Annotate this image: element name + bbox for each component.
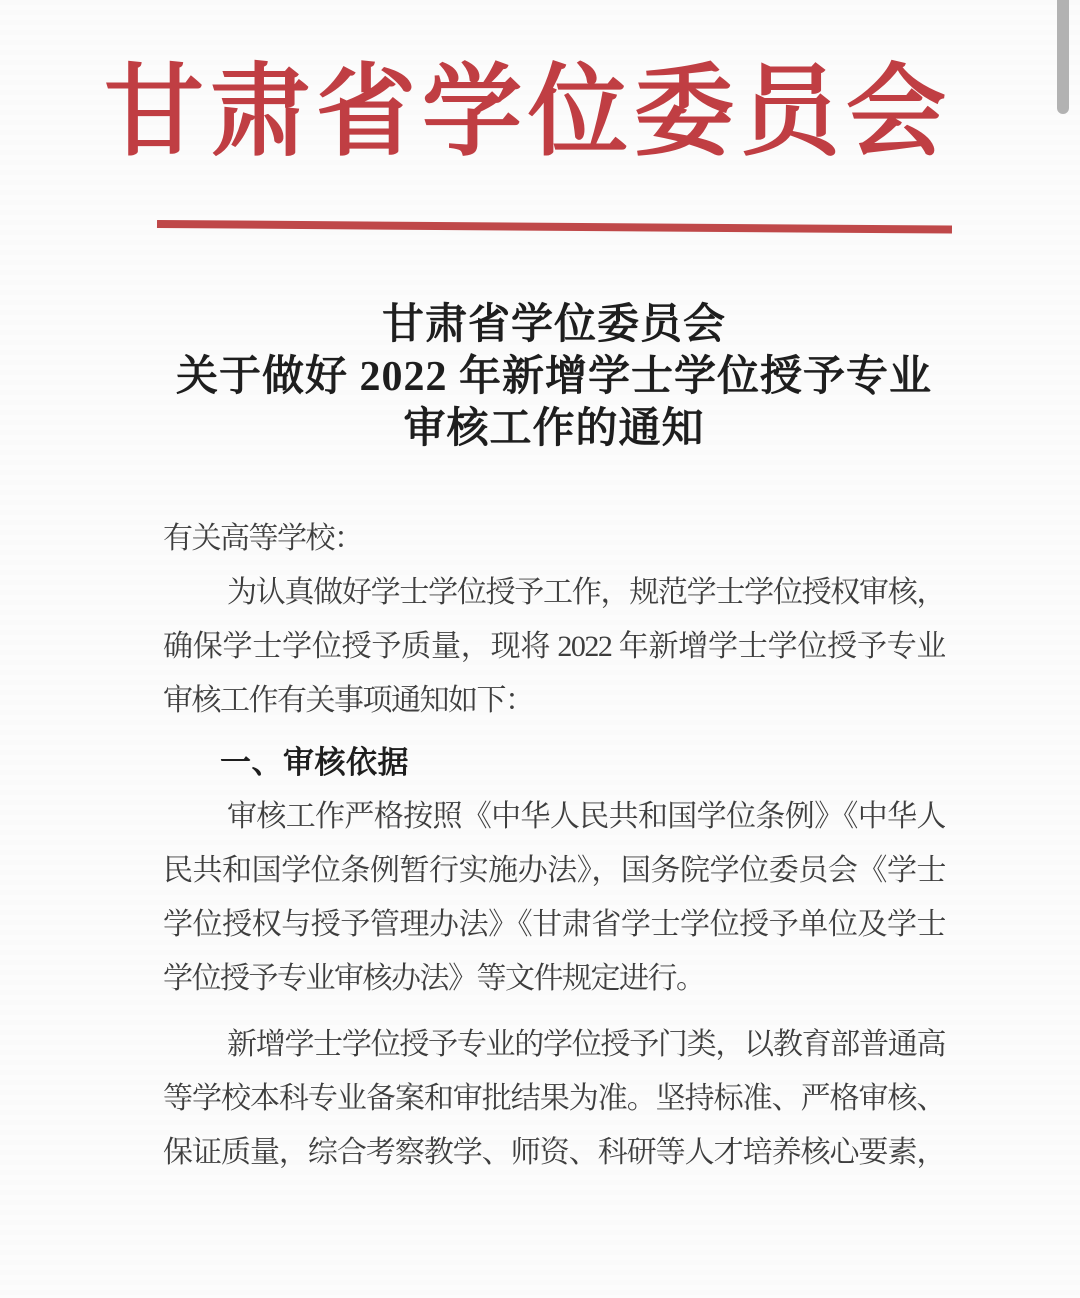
letterhead-title: 甘肃省学位委员会 <box>0 48 1056 178</box>
document-viewer: { "colors": { "page_bg": "#fcfcfc", "let… <box>0 0 1080 1298</box>
document-title: 甘肃省学位委员会关于做好 2022 年新增学士学位授予专业审核工作的通知 <box>163 299 945 455</box>
scrollbar-thumb[interactable] <box>1057 0 1069 114</box>
intro-paragraph: 为认真做好学士学位授予工作，规范学士学位授权审核，确保学士学位授予质量，现将 2… <box>163 566 945 728</box>
section-1-heading: 一、审核依据 <box>163 736 945 790</box>
body-line: 为认真做好学士学位授予工作，规范学士学位授权审核， <box>163 566 945 620</box>
category-paragraph: 新增学士学位授予专业的学位授予门类，以教育部普通高等学校本科专业备案和审批结果为… <box>163 1018 945 1180</box>
body-line: 民共和国学位条例暂行实施办法》，国务院学位委员会《学士 <box>163 844 945 898</box>
document-body: 有关高等学校： 为认真做好学士学位授予工作，规范学士学位授权审核，确保学士学位授… <box>163 512 945 1180</box>
body-line: 审核工作严格按照《中华人民共和国学位条例》《中华人 <box>163 790 945 844</box>
salutation: 有关高等学校： <box>163 512 945 566</box>
body-line: 新增学士学位授予专业的学位授予门类，以教育部普通高 <box>163 1018 945 1072</box>
body-line: 确保学士学位授予质量，现将 2022 年新增学士学位授予专业 <box>163 620 945 674</box>
body-line: 学位授权与授予管理办法》《甘肃省学士学位授予单位及学士 <box>163 898 945 952</box>
document-title-line: 关于做好 2022 年新增学士学位授予专业 <box>163 351 945 403</box>
document-title-line: 审核工作的通知 <box>163 403 945 455</box>
document-title-line: 甘肃省学位委员会 <box>163 299 945 351</box>
body-line: 审核工作有关事项通知如下： <box>163 674 945 728</box>
body-line: 保证质量，综合考察教学、师资、科研等人才培养核心要素， <box>163 1126 945 1180</box>
letterhead-divider <box>157 220 952 234</box>
body-line: 学位授予专业审核办法》等文件规定进行。 <box>163 952 945 1006</box>
body-line: 等学校本科专业备案和审批结果为准。坚持标准、严格审核、 <box>163 1072 945 1126</box>
basis-paragraph: 审核工作严格按照《中华人民共和国学位条例》《中华人民共和国学位条例暂行实施办法》… <box>163 790 945 1006</box>
